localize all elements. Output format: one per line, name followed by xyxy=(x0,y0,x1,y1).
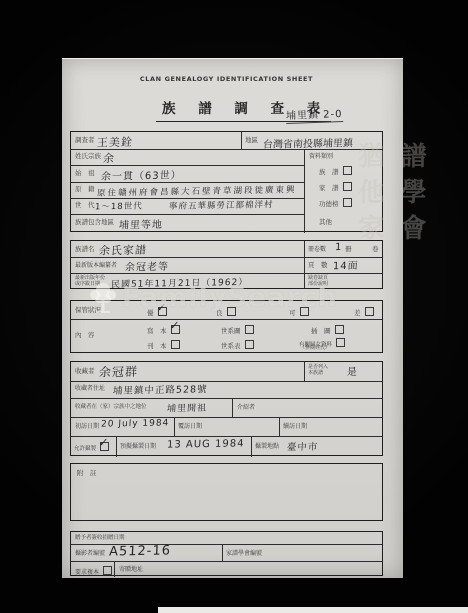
divider xyxy=(174,417,175,436)
divider xyxy=(241,132,242,149)
book-name-label: 族譜名 xyxy=(75,246,95,253)
checkbox-icon xyxy=(245,325,254,334)
clan-value: 余 xyxy=(103,150,116,166)
checkbox-merit-board: 功德榜 xyxy=(319,198,352,208)
filming-place-value: 臺中市 xyxy=(287,439,319,454)
book-info-table: 族譜名 余氏家譜 冊卷數 1 冊 卷 最新版本編纂者 余冠老等 頁 數 14面 … xyxy=(70,240,383,289)
basic-info-table: 調查者 王美銓 地區 台灣省南投縣埔里鎮 姓氏宗族 余 始 祖 余一貫（63世）… xyxy=(70,131,383,232)
listed-value: 是 xyxy=(347,363,359,378)
pubdate-label: 最新出版年份或序跋日期 xyxy=(75,276,105,287)
content-label: 內 容 xyxy=(75,332,95,339)
notes-label: 附 註 xyxy=(77,470,97,477)
film-edge-strip xyxy=(158,607,468,613)
generations-value: 1～18世代 xyxy=(95,200,143,213)
checkbox-icon xyxy=(300,307,309,316)
checkbox-icon xyxy=(103,566,112,575)
checkbox-icon xyxy=(100,442,109,451)
checkbox-icon xyxy=(343,166,352,175)
checkbox-icon xyxy=(365,307,374,316)
origin-continued-value: 寧府五華縣勞江都棉洋村 xyxy=(169,198,274,212)
founder-label: 始 祖 xyxy=(75,170,95,177)
pages-value: 14面 xyxy=(333,257,360,272)
checkbox-fair: 可 xyxy=(289,307,309,317)
photographer-number-label: 攝影者編號 xyxy=(75,550,105,557)
checkbox-icon xyxy=(171,325,180,334)
area-value: 台灣省南投縣埔里鎮 xyxy=(263,134,354,151)
collector-label: 收藏者 xyxy=(75,368,95,375)
volumes-value: 1 xyxy=(335,242,343,253)
checkbox-other: 其他 xyxy=(319,217,332,226)
women-records-note: （參閱姓氏） xyxy=(300,346,330,352)
checkbox-icon xyxy=(335,325,344,334)
checkbox-printed: 刊 本 xyxy=(147,340,180,350)
divider xyxy=(71,214,304,215)
checkbox-good: 良 xyxy=(216,307,236,317)
divider xyxy=(232,398,233,417)
volumes-unit2-label: 卷 xyxy=(372,246,379,253)
checkbox-manuscript: 寫 本 xyxy=(147,325,180,335)
pages-label: 頁 數 xyxy=(308,262,328,269)
checkbox-icon xyxy=(343,182,352,191)
filming-place-label: 攝製地點 xyxy=(255,443,279,450)
notes-box: 附 註 xyxy=(70,463,383,521)
listed-label: 是否列入本族譜 xyxy=(308,365,328,376)
divider xyxy=(71,319,382,320)
editor-label: 最新版本編纂者 xyxy=(75,262,117,269)
planned-filming-date-value: 13 AUG 1984 xyxy=(167,438,245,450)
keep-condition-label: 保管狀況 xyxy=(75,307,101,314)
volumes-label: 冊卷數 xyxy=(308,246,326,253)
divider xyxy=(304,241,305,288)
coverage-value: 埔里等地 xyxy=(119,216,164,232)
category-header: 資料類別 xyxy=(309,153,333,160)
divider xyxy=(222,544,223,561)
checkbox-filming-permitted: 允許攝製 xyxy=(74,442,109,452)
coverage-label: 族譜包含地區 xyxy=(75,219,114,226)
society-number-label: 家譜學會編號 xyxy=(226,550,262,557)
generations-label: 世 代 xyxy=(75,202,95,209)
checkbox-lineage-table: 世系表 xyxy=(221,340,254,350)
sheet-title-english: CLAN GENEALOGY IDENTIFICATION SHEET xyxy=(70,75,383,83)
checkbox-excellent: 優 xyxy=(147,307,167,317)
checkbox-lineage-chart: 世系圖 xyxy=(221,325,254,335)
divider xyxy=(279,417,280,436)
collector-position-label: 收藏者在（家）宗族中之地位 xyxy=(75,404,147,410)
condition-table: 保管狀況 優 良 可 差 內 容 寫 本 世系圖 插 圖 刊 本 世系表 有關婦… xyxy=(70,300,383,353)
origin-value: 原住贛州府會昌縣大石壁青草湖段徙廣東興 xyxy=(97,183,297,198)
collector-position-value: 埔里開祖 xyxy=(167,401,208,415)
planned-filming-date-label: 預擬攝製日期 xyxy=(120,443,156,450)
donor-receipt-label: 贈予者簽收捐贈日期 xyxy=(75,535,125,541)
founder-value: 余一貫（63世） xyxy=(101,166,183,182)
checkbox-icon xyxy=(158,307,167,316)
divider xyxy=(114,561,115,577)
admin-table: 贈予者簽收捐贈日期 攝影者編號 A512-16 家譜學會編號 要求複本 寄贈地址 xyxy=(70,531,383,576)
divider xyxy=(71,398,382,399)
collector-table: 收藏者 余冠群 是否列入本族譜 是 收藏者住址 埔里鎮中正路528號 收藏者在（… xyxy=(70,361,383,456)
checkbox-icon xyxy=(245,340,254,349)
area-label: 地區 xyxy=(245,137,258,144)
collector-address-label: 收藏者住址 xyxy=(75,385,105,392)
divider xyxy=(71,561,382,562)
origin-label: 原 籍 xyxy=(75,186,95,193)
divider xyxy=(71,273,382,274)
divider xyxy=(304,149,305,233)
divider xyxy=(116,436,117,457)
divider xyxy=(251,436,252,457)
checkbox-icon xyxy=(227,307,236,316)
surveyor-label: 調查者 xyxy=(75,137,95,144)
checkbox-icon xyxy=(343,198,352,207)
divider xyxy=(71,436,382,437)
surveyor-value: 王美銓 xyxy=(97,134,134,151)
checkbox-icon xyxy=(171,340,180,349)
send-address-label: 寄贈地址 xyxy=(119,566,143,573)
scanned-genealogy-sheet: CLAN GENEALOGY IDENTIFICATION SHEET 族 譜 … xyxy=(62,59,403,578)
photographer-number-value: A512-16 xyxy=(109,543,172,559)
followup-visit-label: 續訪日期 xyxy=(283,423,307,430)
checkbox-family-genealogy: 家 譜 xyxy=(319,182,352,192)
introducer-label: 介紹者 xyxy=(237,404,255,411)
handwritten-reference-number: 埔里鎮 2-0 xyxy=(286,105,343,124)
divider xyxy=(71,417,382,418)
book-name-value: 余氏家譜 xyxy=(99,242,148,259)
checkbox-poor: 差 xyxy=(354,307,374,317)
microfilm-frame: { "header": { "title_en": "CLAN GENEALOG… xyxy=(0,0,468,613)
first-visit-label: 初訪日期 xyxy=(75,423,99,430)
revisit-label: 覆訪日期 xyxy=(178,423,202,430)
checkbox-clan-genealogy: 族 譜 xyxy=(319,166,352,176)
checkbox-copy-requested: 要求複本 xyxy=(75,566,112,576)
clan-label: 姓氏宗族 xyxy=(75,153,101,160)
missing-pages-label: 缺卷缺頁部份說明 xyxy=(308,276,328,287)
checkbox-icon xyxy=(336,338,345,347)
divider xyxy=(304,362,305,381)
first-visit-value: 20 July 1984 xyxy=(101,418,170,429)
volumes-unit1-label: 冊 xyxy=(345,246,352,253)
checkbox-illustrations: 插 圖 xyxy=(311,325,344,335)
editor-value: 余冠老等 xyxy=(125,258,170,274)
pubdate-value: 民國51年11月21日（1962） xyxy=(111,275,249,290)
collector-value: 余冠群 xyxy=(99,363,139,381)
collector-address-value: 埔里鎮中正路528號 xyxy=(113,381,208,397)
